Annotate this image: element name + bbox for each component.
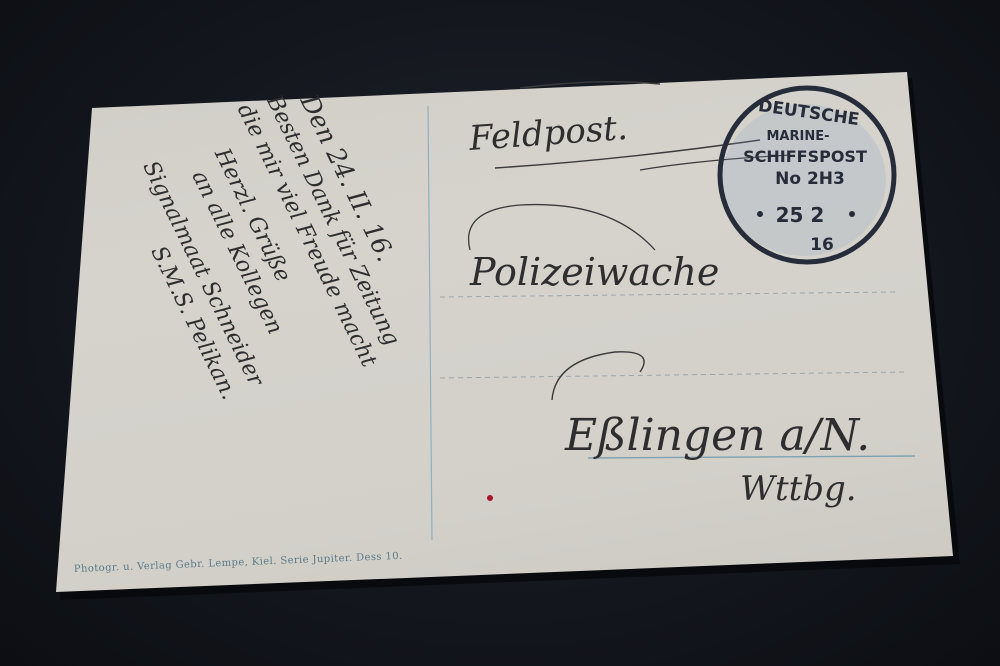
- postmark-stamp: DEUTSCHE MARINE- SCHIFFSPOST No 2H3 25 2…: [720, 88, 894, 262]
- svg-text:16: 16: [810, 235, 834, 255]
- svg-text:Polizeiwache: Polizeiwache: [469, 250, 719, 294]
- svg-text:25 2: 25 2: [776, 203, 825, 227]
- svg-text:Feldpost.: Feldpost.: [467, 108, 629, 159]
- handwritten-message: Den 24. II. 16. Besten Dank für Zeitung …: [106, 72, 439, 433]
- publisher-imprint: Photogr. u. Verlag Gebr. Lempe, Kiel. Se…: [74, 551, 403, 575]
- red-ink-dot: [487, 495, 493, 501]
- address-line-2: [440, 372, 905, 378]
- postcard-drawing: Feldpost. DEUTSCHE MARINE- SCHIFFSPOST N…: [0, 0, 1000, 666]
- svg-text:Wttbg.: Wttbg.: [740, 469, 857, 509]
- center-divider-line: [428, 106, 432, 540]
- svg-text:MARINE-: MARINE-: [766, 129, 829, 144]
- svg-text:No 2H3: No 2H3: [775, 169, 845, 189]
- svg-text:SCHIFFSPOST: SCHIFFSPOST: [743, 147, 867, 166]
- svg-text:Eßlingen a/N.: Eßlingen a/N.: [564, 410, 870, 461]
- postcard-content: Feldpost. DEUTSCHE MARINE- SCHIFFSPOST N…: [0, 0, 1000, 666]
